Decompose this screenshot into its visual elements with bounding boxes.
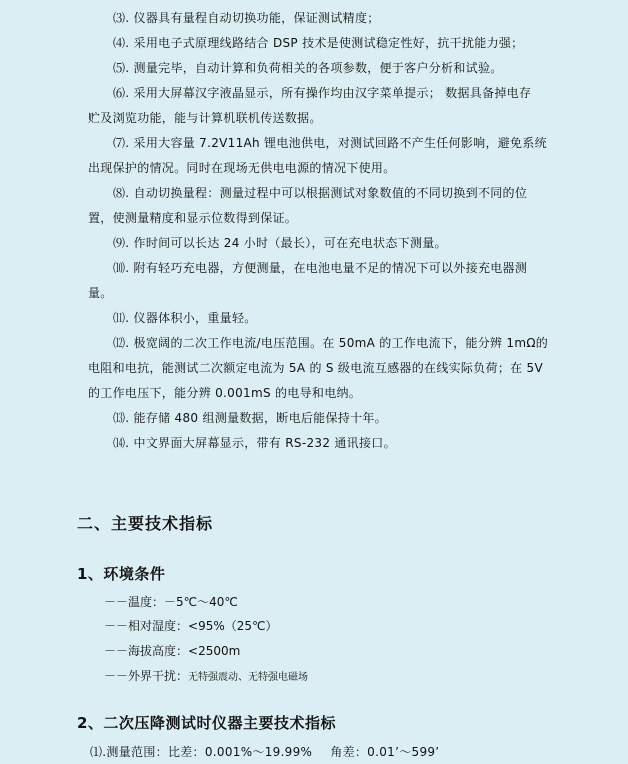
feature-text: 仪器体积小，重量轻。 <box>134 311 257 325</box>
feature-item-11: ⑾. 仪器体积小，重量轻。 <box>88 306 558 331</box>
feature-number: ⑺. <box>113 136 129 150</box>
spec-item-humidity: －－相对湿度：<95%（25℃） <box>104 617 278 635</box>
feature-number: ⑼. <box>113 236 129 250</box>
spec-label: 测量范围： <box>106 745 168 759</box>
feature-text: 作时间可以长达 24 小时（最长），可在充电状态下测量。 <box>134 236 447 250</box>
feature-line: ⑾. 仪器体积小，重量轻。 <box>88 306 558 331</box>
spec-label: －－相对湿度： <box>104 619 188 633</box>
feature-number: ⑸. <box>113 61 129 75</box>
feature-text: 中文界面大屏幕显示，带有 RS-232 通讯接口。 <box>134 436 396 450</box>
feature-text: 测量完毕，自动计算和负荷相关的各项参数，便于客户分析和试验。 <box>134 61 503 75</box>
feature-number: ⒀. <box>113 411 129 425</box>
feature-line: ⑹. 采用大屏幕汉字液晶显示，所有操作均由汉字菜单提示； 数据具备掉电存 <box>88 81 558 106</box>
spec-label: －－海拔高度： <box>104 644 188 658</box>
feature-text: 自动切换量程：测量过程中可以根据测试对象数值的不同切换到不同的位 <box>134 186 528 200</box>
feature-line: ⑺. 采用大容量 7.2V11Ah 锂电池供电，对测试回路不产生任何影响，避免系… <box>88 131 558 156</box>
feature-text: 能存储 480 组测量数据，断电后能保持十年。 <box>134 411 387 425</box>
feature-number: ⑶. <box>113 11 129 25</box>
section-heading-main-specs: 二、主要技术指标 <box>77 513 213 535</box>
feature-text: 仪器具有量程自动切换功能，保证测试精度； <box>134 11 380 25</box>
feature-item-7: ⑺. 采用大容量 7.2V11Ah 锂电池供电，对测试回路不产生任何影响，避免系… <box>88 131 558 181</box>
feature-number: ⒁. <box>113 436 129 450</box>
feature-text-continued: 出现保护的情况。同时在现场无供电电源的情况下使用。 <box>88 156 558 181</box>
feature-text: 采用大屏幕汉字液晶显示，所有操作均由汉字菜单提示； 数据具备掉电存 <box>134 86 532 100</box>
spec-item-interference: －－外界干扰：无特强震动、无特强电磁场 <box>104 667 308 687</box>
feature-item-13: ⒀. 能存储 480 组测量数据，断电后能保持十年。 <box>88 406 558 431</box>
feature-item-12: ⑿. 极宽阔的二次工作电流/电压范围。在 50mA 的工作电流下，能分辨 1mΩ… <box>88 331 558 406</box>
spec-item-measurement-range: ⑴.测量范围：比差：0.001%～19.99%角差：0.01’～599’ <box>90 743 439 761</box>
feature-line: ⒀. 能存储 480 组测量数据，断电后能保持十年。 <box>88 406 558 431</box>
feature-text-continued: 贮及浏览功能，能与计算机联机传送数据。 <box>88 106 558 131</box>
spec-label: －－外界干扰： <box>104 669 188 683</box>
feature-item-5: ⑸. 测量完毕，自动计算和负荷相关的各项参数，便于客户分析和试验。 <box>88 56 558 81</box>
feature-item-9: ⑼. 作时间可以长达 24 小时（最长），可在充电状态下测量。 <box>88 231 558 256</box>
spec-label: －－温度： <box>104 595 164 609</box>
feature-number: ⑾. <box>113 311 129 325</box>
feature-text-continued: 置，使测量精度和显示位数得到保证。 <box>88 206 558 231</box>
feature-item-6: ⑹. 采用大屏幕汉字液晶显示，所有操作均由汉字菜单提示； 数据具备掉电存 贮及浏… <box>88 81 558 131</box>
feature-item-14: ⒁. 中文界面大屏幕显示，带有 RS-232 通讯接口。 <box>88 431 558 456</box>
feature-line: ⑿. 极宽阔的二次工作电流/电压范围。在 50mA 的工作电流下，能分辨 1mΩ… <box>88 331 558 356</box>
feature-text-continued: 电阻和电抗，能测试二次额定电流为 5A 的 S 级电流互感器的在线实际负荷；在 … <box>88 356 558 381</box>
feature-line: ⑻. 自动切换量程：测量过程中可以根据测试对象数值的不同切换到不同的位 <box>88 181 558 206</box>
feature-line: ⑽. 附有轻巧充电器，方便测量，在电池电量不足的情况下可以外接充电器测 <box>88 256 558 281</box>
feature-text: 极宽阔的二次工作电流/电压范围。在 50mA 的工作电流下，能分辨 1mΩ的 <box>134 336 549 350</box>
feature-item-4: ⑷. 采用电子式原理线路结合 DSP 技术是使测试稳定性好，抗干扰能力强； <box>88 31 558 56</box>
spec-number: ⑴. <box>90 745 106 759</box>
ratio-error-label: 比差： <box>168 745 205 759</box>
feature-item-3: ⑶. 仪器具有量程自动切换功能，保证测试精度； <box>88 6 558 31</box>
feature-line: ⑶. 仪器具有量程自动切换功能，保证测试精度； <box>88 6 558 31</box>
ratio-error-value: 0.001%～19.99% <box>205 745 312 759</box>
feature-text-continued: 量。 <box>88 281 558 306</box>
feature-item-10: ⑽. 附有轻巧充电器，方便测量，在电池电量不足的情况下可以外接充电器测 量。 <box>88 256 558 306</box>
feature-line: ⒁. 中文界面大屏幕显示，带有 RS-232 通讯接口。 <box>88 431 558 456</box>
subsection-heading-pt-secondary-drop: 2、二次压降测试时仪器主要技术指标 <box>77 713 336 733</box>
angle-error-label: 角差： <box>330 745 367 759</box>
feature-number: ⑽. <box>113 261 129 275</box>
feature-number: ⑿. <box>113 336 129 350</box>
spec-value: 无特强震动、无特强电磁场 <box>188 672 308 683</box>
feature-number: ⑹. <box>113 86 129 100</box>
feature-line: ⑼. 作时间可以长达 24 小时（最长），可在充电状态下测量。 <box>88 231 558 256</box>
feature-item-8: ⑻. 自动切换量程：测量过程中可以根据测试对象数值的不同切换到不同的位 置，使测… <box>88 181 558 231</box>
spec-value: －5℃～40℃ <box>164 595 238 609</box>
feature-line: ⑷. 采用电子式原理线路结合 DSP 技术是使测试稳定性好，抗干扰能力强； <box>88 31 558 56</box>
spec-item-altitude: －－海拔高度：<2500m <box>104 642 240 660</box>
feature-text: 附有轻巧充电器，方便测量，在电池电量不足的情况下可以外接充电器测 <box>134 261 528 275</box>
feature-number: ⑻. <box>113 186 129 200</box>
spec-value: <95%（25℃） <box>188 619 277 633</box>
angle-error-value: 0.01’～599’ <box>367 745 439 759</box>
document-page: ⑶. 仪器具有量程自动切换功能，保证测试精度； ⑷. 采用电子式原理线路结合 D… <box>0 0 628 764</box>
feature-text: 采用大容量 7.2V11Ah 锂电池供电，对测试回路不产生任何影响，避免系统 <box>134 136 547 150</box>
feature-text-continued: 的工作电压下，能分辨 0.001mS 的电导和电纳。 <box>88 381 558 406</box>
subsection-heading-environment: 1、环境条件 <box>77 564 165 584</box>
spec-item-temperature: －－温度：－5℃～40℃ <box>104 593 238 611</box>
feature-number: ⑷. <box>113 36 129 50</box>
feature-text: 采用电子式原理线路结合 DSP 技术是使测试稳定性好，抗干扰能力强； <box>134 36 524 50</box>
spec-value: <2500m <box>188 644 240 658</box>
feature-line: ⑸. 测量完毕，自动计算和负荷相关的各项参数，便于客户分析和试验。 <box>88 56 558 81</box>
